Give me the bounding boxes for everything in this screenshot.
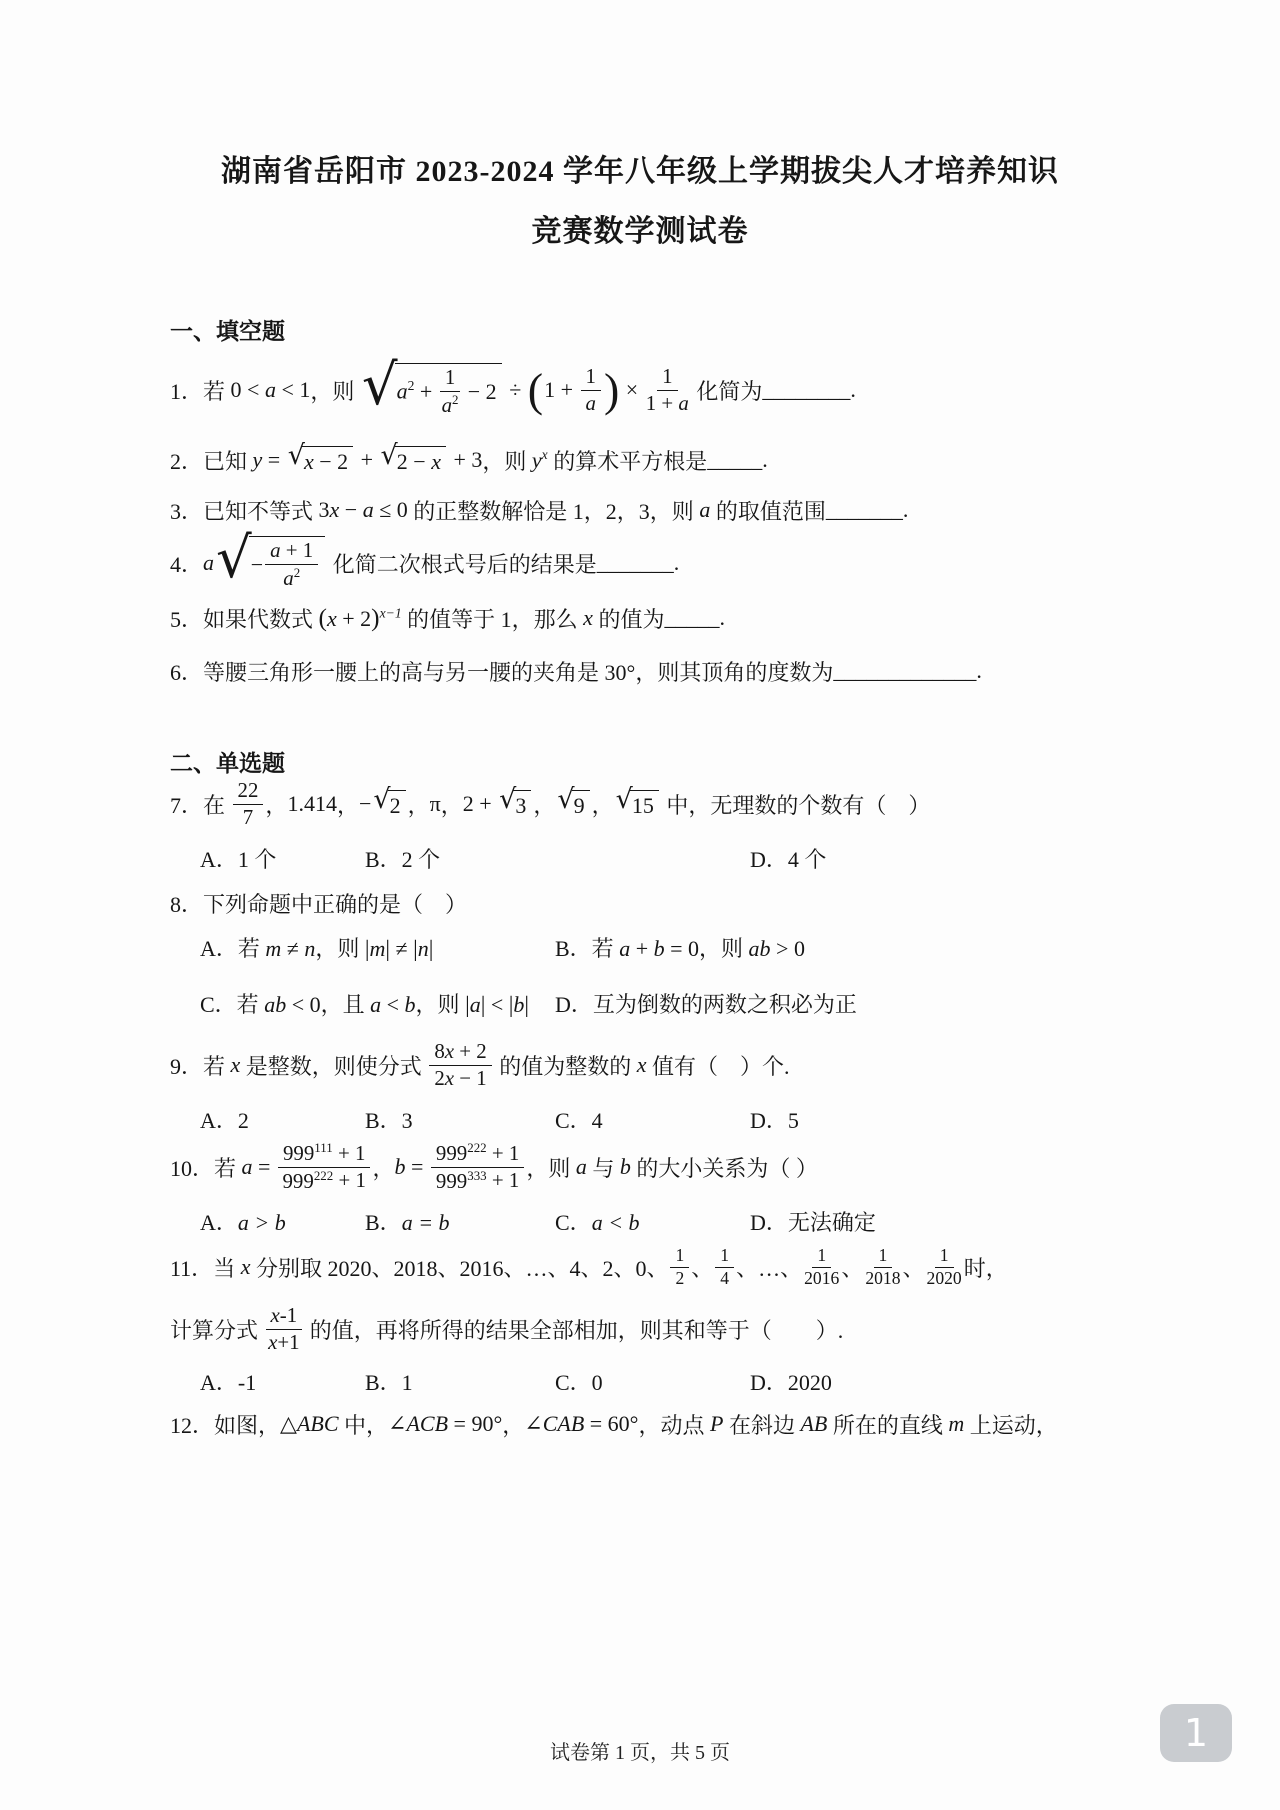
answer-blank: _____ bbox=[707, 447, 762, 473]
fraction: 14 bbox=[715, 1246, 734, 1288]
answer-blank: _____________ bbox=[833, 658, 976, 684]
angle-symbol: ∠ bbox=[388, 1411, 406, 1437]
option-b: B．2 个 bbox=[365, 843, 440, 874]
option-b: B．若 a + b = 0，则 ab > 0 bbox=[555, 932, 805, 963]
sqrt-radical: √9 bbox=[557, 790, 589, 819]
answer-blank: _______ bbox=[826, 497, 903, 523]
question-2: 2．已知 y = √ x − 2 + √ 2 − x + 3 ，则 yx 的算术… bbox=[170, 440, 768, 480]
option-a: A．若 m ≠ n，则 |m| ≠ |n| bbox=[200, 932, 433, 963]
question-8: 8．下列命题中正确的是（ ） bbox=[170, 886, 467, 920]
triangle-symbol: △ bbox=[280, 1411, 297, 1437]
option-d: D．4 个 bbox=[750, 843, 826, 874]
question-10-options: A．a > b B．a = b C．a < b D．无法确定 bbox=[170, 1206, 1050, 1238]
option-a: A．a > b bbox=[200, 1206, 286, 1237]
radical-sign-icon: √ bbox=[557, 788, 574, 813]
question-11-options: A．-1 B．1 C．0 D．2020 bbox=[170, 1366, 1050, 1398]
fraction: 8x + 2 2x − 1 bbox=[429, 1040, 491, 1090]
question-7: 7．在 22 7 ，1.414， − √2 ，π， 2 + √3 ， √9 ， … bbox=[170, 775, 930, 833]
option-a: A．-1 bbox=[200, 1366, 256, 1397]
answer-blank: ________ bbox=[762, 377, 850, 403]
radical-sign-icon: √ bbox=[288, 444, 305, 469]
question-11-line1: 11．当 x 分别取 2020、2018、2016、…、4、2、0、 12 、 … bbox=[170, 1236, 1008, 1298]
question-7-options: A．1 个 B．2 个 D．4 个 bbox=[170, 843, 1050, 875]
fraction: 1 1 + a bbox=[646, 365, 689, 415]
fraction: 12016 bbox=[804, 1246, 839, 1288]
option-b: B．1 bbox=[365, 1366, 413, 1397]
option-d: D．互为倒数的两数之积必为正 bbox=[555, 988, 857, 1019]
section-heading-fill-blank: 一、填空题 bbox=[170, 313, 285, 346]
question-12: 12．如图，△ABC 中，∠ACB = 90°，∠CAB = 60°，动点 P … bbox=[170, 1406, 1058, 1442]
option-c: C．0 bbox=[555, 1366, 603, 1397]
sqrt-radical: √ − a + 1 a2 bbox=[216, 536, 325, 590]
angle-symbol: ∠ bbox=[524, 1411, 542, 1437]
answer-blank: _____ bbox=[664, 605, 719, 631]
option-d: D．2020 bbox=[750, 1366, 832, 1397]
page-number-badge: 1 bbox=[1160, 1704, 1232, 1762]
question-8-options-row2: C．若 ab < 0，且 a < b，则 |a| < |b| D．互为倒数的两数… bbox=[170, 988, 1050, 1028]
fraction: 999222 + 1 999333 + 1 bbox=[431, 1141, 524, 1193]
page-title-line1: 湖南省岳阳市 2023-2024 学年八年级上学期拔尖人才培养知识 bbox=[0, 146, 1280, 190]
fraction: 12020 bbox=[927, 1246, 962, 1288]
question-11-line2: 计算分式 x-1 x+1 的值，再将所得的结果全部相加，则其和等于（ ）. bbox=[170, 1300, 843, 1358]
fraction: 999111 + 1 999222 + 1 bbox=[278, 1141, 370, 1193]
radical-sign-icon: √ bbox=[616, 788, 633, 813]
question-5: 5．如果代数式 (x + 2)x−1 的值等于 1，那么 x 的值为 _____… bbox=[170, 598, 725, 638]
fraction: 1 a2 bbox=[440, 366, 460, 417]
option-c: C．4 bbox=[555, 1104, 603, 1135]
fraction: x-1 x+1 bbox=[266, 1304, 303, 1354]
option-a: A．2 bbox=[200, 1104, 249, 1135]
radical-sign-icon: √ bbox=[499, 788, 516, 813]
sqrt-radical: √3 bbox=[499, 790, 531, 819]
fraction: 22 7 bbox=[233, 779, 264, 829]
fraction: 1 a bbox=[581, 365, 601, 415]
fraction: 12 bbox=[670, 1246, 689, 1288]
radical-sign-icon: √ bbox=[381, 444, 398, 469]
radical-sign-icon: √ bbox=[362, 360, 398, 412]
sqrt-radical: √ 2 − x bbox=[381, 446, 446, 475]
option-b: B．3 bbox=[365, 1104, 413, 1135]
test-paper-page: 湖南省岳阳市 2023-2024 学年八年级上学期拔尖人才培养知识 竞赛数学测试… bbox=[0, 0, 1280, 1810]
fraction: a + 1 a2 bbox=[265, 539, 318, 590]
option-d: D．无法确定 bbox=[750, 1206, 876, 1237]
option-b: B．a = b bbox=[365, 1206, 450, 1237]
option-c: C．若 ab < 0，且 a < b，则 |a| < |b| bbox=[200, 988, 529, 1019]
question-1: 1．若 0 < a < 1，则 √ a2 + 1 a2 − 2 ÷ ( 1 + … bbox=[170, 352, 856, 428]
sqrt-radical: √2 bbox=[373, 790, 405, 819]
question-3: 3．已知不等式 3x − a ≤ 0 的正整数解恰是 1，2，3，则 a 的取值… bbox=[170, 492, 908, 528]
sqrt-radical: √ x − 2 bbox=[288, 446, 353, 475]
page-footer: 试卷第 1 页，共 5 页 bbox=[0, 1736, 1280, 1765]
radical-sign-icon: √ bbox=[216, 533, 252, 585]
left-paren: ( bbox=[528, 367, 543, 414]
option-d: D．5 bbox=[750, 1104, 799, 1135]
answer-blank: _______ bbox=[597, 550, 674, 576]
option-c: C．a < b bbox=[555, 1206, 640, 1237]
radical-sign-icon: √ bbox=[373, 788, 390, 813]
fraction: 12018 bbox=[865, 1246, 900, 1288]
right-paren: ) bbox=[604, 367, 619, 414]
question-8-options-row1: A．若 m ≠ n，则 |m| ≠ |n| B．若 a + b = 0，则 ab… bbox=[170, 932, 1050, 972]
sqrt-radical: √15 bbox=[616, 790, 659, 819]
option-a: A．1 个 bbox=[200, 843, 276, 874]
page-title-line2: 竞赛数学测试卷 bbox=[0, 206, 1280, 250]
sqrt-radical: √ a2 + 1 a2 − 2 bbox=[362, 363, 502, 417]
question-9: 9．若 x 是整数，则使分式 8x + 2 2x − 1 的值为整数的 x 值有… bbox=[170, 1034, 790, 1096]
question-10: 10．若 a = 999111 + 1 999222 + 1 ，b = 9992… bbox=[170, 1132, 818, 1202]
question-4: 4．a √ − a + 1 a2 化简二次根式号后的结果是 _______ . bbox=[170, 528, 679, 598]
question-6: 6．等腰三角形一腰上的高与另一腰的夹角是 30°，则其顶角的度数为 ______… bbox=[170, 653, 982, 689]
section-heading-single-choice: 二、单选题 bbox=[170, 745, 285, 778]
